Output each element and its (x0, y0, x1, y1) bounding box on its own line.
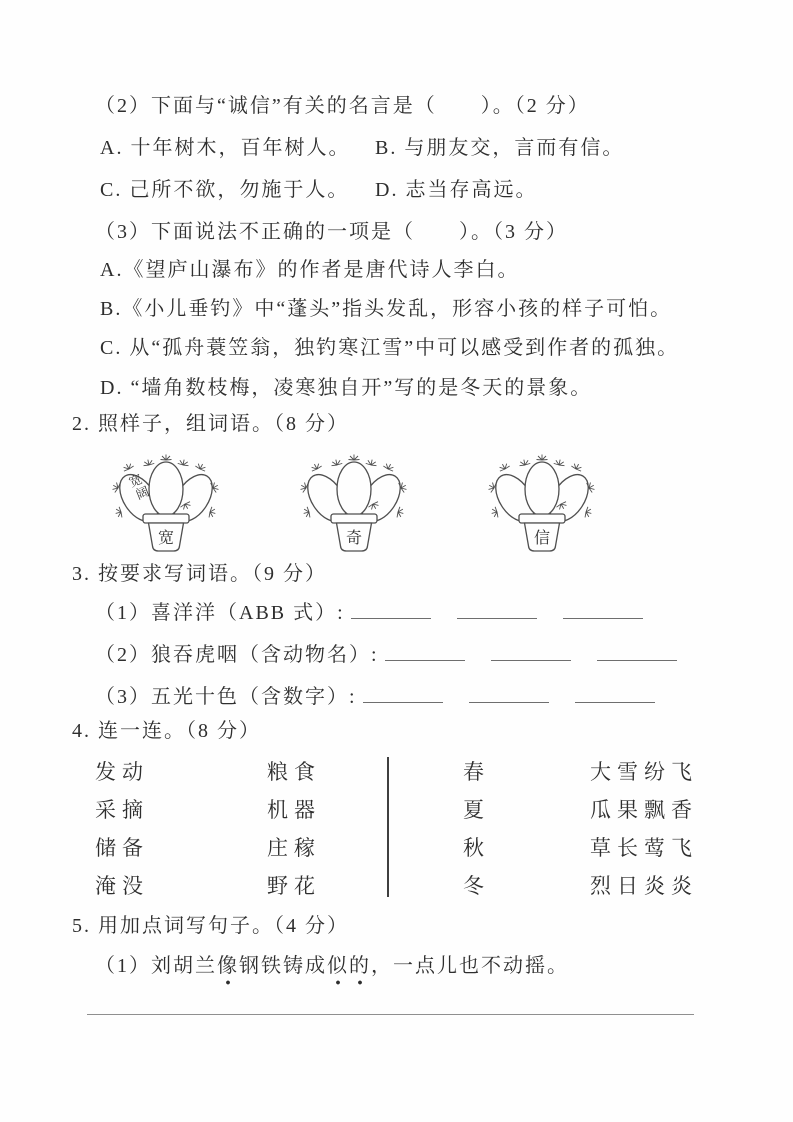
sentence-text: （1）刘胡兰像钢铁铸成似的，一点儿也不动摇。 (95, 953, 793, 979)
matching-exercise: 发动 粮食 春 大雪纷飞 采摘 机器 夏 瓜果飘香 储备 庄稼 秋 草长莺飞 淹… (95, 752, 793, 904)
match-word: 烈日炎炎 (590, 870, 793, 900)
emphasized-word: 像 (217, 955, 239, 985)
item-label: （3）五光十色（含数字）: (95, 686, 357, 708)
answer-blank (563, 602, 643, 619)
q2-options-row1: A. 十年树木，百年树人。 B. 与朋友交，言而有信。 (100, 135, 793, 161)
match-word: 大雪纷飞 (590, 756, 793, 786)
cactus-illustration-1: 宽 阔 宽 (100, 452, 230, 557)
exam-page: （2）下面与“诚信”有关的名言是（ ）。（2 分） A. 十年树木，百年树人。 … (0, 0, 793, 1122)
q3-prompt: （3）下面说法不正确的一项是（ ）。（3 分） (95, 219, 793, 245)
q3-option-c: C. 从“孤舟蓑笠翁，独钓寒江雪”中可以感受到作者的孤独。 (100, 335, 793, 361)
answer-blank (457, 602, 537, 619)
answer-blank (385, 644, 465, 661)
answer-line (87, 1014, 694, 1015)
sentence-mid: 钢铁铸成 (239, 955, 327, 977)
matching-row: 储备 庄稼 秋 草长莺飞 (95, 828, 793, 866)
match-word: 储备 (95, 832, 267, 862)
match-word: 采摘 (95, 794, 267, 824)
cactus-illustration-3: 信 (476, 452, 606, 557)
q2-option-b: B. 与朋友交，言而有信。 (375, 135, 624, 161)
sentence-title: 5. 用加点词写句子。（4 分） (72, 913, 793, 939)
match-word: 庄稼 (267, 832, 463, 862)
write-words-item-2: （2）狼吞虎咽（含动物名）: (95, 642, 793, 668)
match-word: 草长莺飞 (590, 832, 793, 862)
q2-option-c: C. 己所不欲，勿施于人。 (100, 177, 375, 203)
emphasized-word: 似的 (327, 955, 371, 985)
matching-row: 发动 粮食 春 大雪纷飞 (95, 752, 793, 790)
match-word: 夏 (463, 794, 590, 824)
pot-label-2: 奇 (346, 529, 362, 547)
answer-blank (597, 644, 677, 661)
q3-option-d: D. “墙角数枝梅，凌寒独自开”写的是冬天的景象。 (100, 375, 793, 401)
q2-option-a: A. 十年树木，百年树人。 (100, 135, 375, 161)
match-word: 发动 (95, 756, 267, 786)
match-word: 淹没 (95, 870, 267, 900)
q2-prompt: （2）下面与“诚信”有关的名言是（ ）。（2 分） (95, 93, 793, 119)
match-word: 机器 (267, 794, 463, 824)
sentence-pre: （1）刘胡兰 (95, 955, 217, 977)
cacti-row: 宽 阔 宽 (100, 452, 793, 557)
answer-blank (491, 644, 571, 661)
divider-line (387, 757, 389, 897)
match-word: 瓜果飘香 (590, 794, 793, 824)
sentence-post: ，一点儿也不动摇。 (371, 955, 569, 977)
matching-row: 淹没 野花 冬 烈日炎炎 (95, 866, 793, 904)
q3-option-b: B.《小儿垂钓》中“蓬头”指头发乱，形容小孩的样子可怕。 (100, 296, 793, 322)
word-game-title: 2. 照样子，组词语。（8 分） (72, 411, 793, 437)
q2-options-row2: C. 己所不欲，勿施于人。 D. 志当存高远。 (100, 177, 793, 203)
write-words-title: 3. 按要求写词语。（9 分） (72, 561, 793, 587)
pot-label-3: 信 (534, 529, 550, 547)
answer-blank (351, 602, 431, 619)
answer-blank (469, 686, 549, 703)
write-words-item-3: （3）五光十色（含数字）: (95, 684, 793, 710)
match-word: 春 (463, 756, 590, 786)
match-word: 野花 (267, 870, 463, 900)
write-words-item-1: （1）喜洋洋（ABB 式）: (95, 600, 793, 626)
matching-row: 采摘 机器 夏 瓜果飘香 (95, 790, 793, 828)
matching-title: 4. 连一连。（8 分） (72, 718, 793, 744)
q2-option-d: D. 志当存高远。 (375, 177, 537, 203)
match-word: 秋 (463, 832, 590, 862)
item-label: （2）狼吞虎咽（含动物名）: (95, 644, 379, 666)
cactus-illustration-2: 奇 (288, 452, 418, 557)
q3-option-a: A.《望庐山瀑布》的作者是唐代诗人李白。 (100, 257, 793, 283)
pot-label-1: 宽 (158, 529, 174, 547)
item-label: （1）喜洋洋（ABB 式）: (95, 602, 345, 624)
match-word: 粮食 (267, 756, 463, 786)
match-word: 冬 (463, 870, 590, 900)
answer-blank (575, 686, 655, 703)
answer-blank (363, 686, 443, 703)
